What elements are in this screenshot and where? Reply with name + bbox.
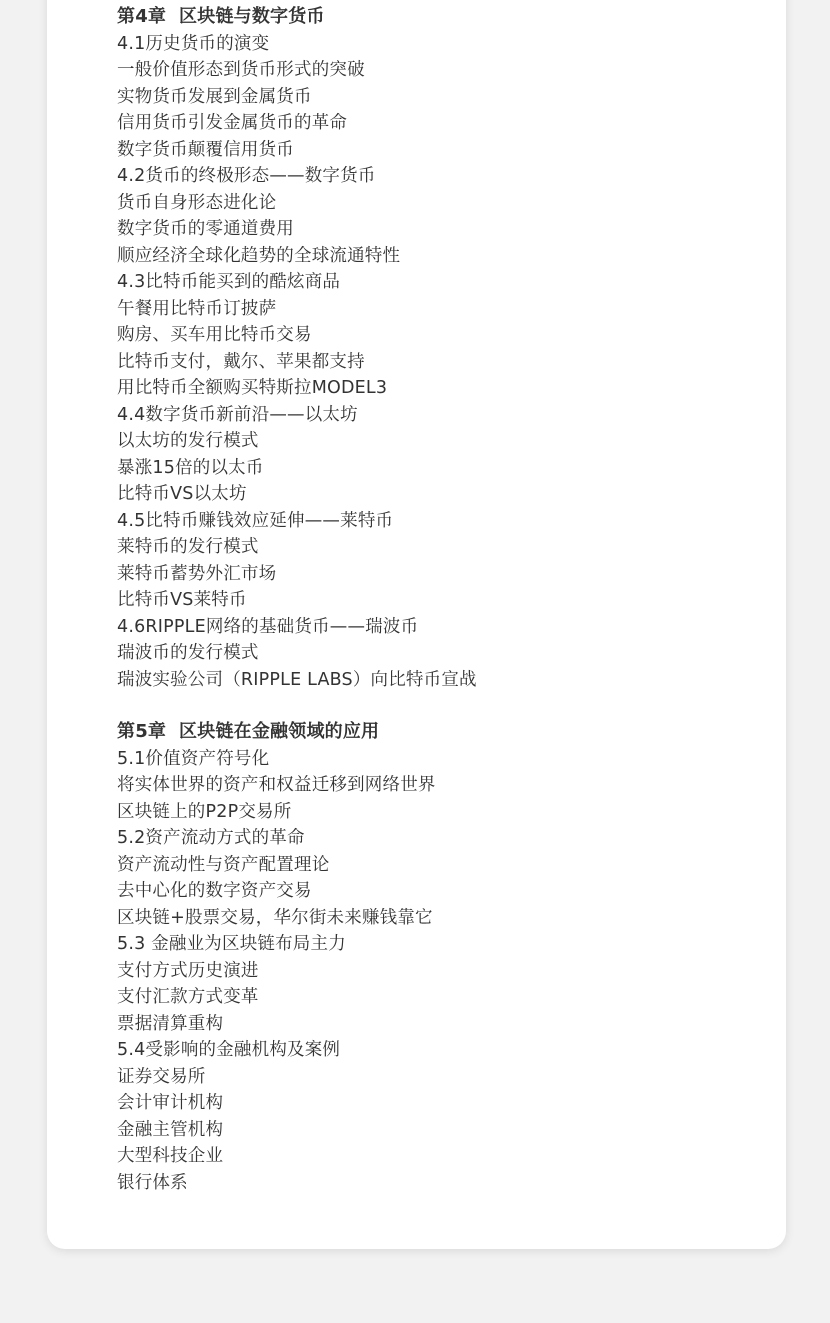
toc-item: 午餐用比特币订披萨 [117,296,746,323]
toc-item: 将实体世界的资产和权益迁移到网络世界 [117,772,746,799]
table-of-contents: 第4章 区块链与数字货币 4.1历史货币的演变 一般价值形态到货币形式的突破 实… [117,4,746,1222]
toc-item: 去中心化的数字资产交易 [117,878,746,905]
toc-item: 支付汇款方式变革 [117,984,746,1011]
toc-item: 4.2货币的终极形态——数字货币 [117,163,746,190]
toc-item: 实物货币发展到金属货币 [117,84,746,111]
toc-item: 4.6RIPPLE网络的基础货币——瑞波币 [117,614,746,641]
chapter-title: 第4章 区块链与数字货币 [117,4,746,31]
toc-item: 比特币VS莱特币 [117,587,746,614]
toc-item: 瑞波实验公司（RIPPLE LABS）向比特币宣战 [117,667,746,694]
chapter-4: 第4章 区块链与数字货币 4.1历史货币的演变 一般价值形态到货币形式的突破 实… [117,4,746,693]
toc-item: 瑞波币的发行模式 [117,640,746,667]
toc-item: 莱特币蓄势外汇市场 [117,561,746,588]
toc-item: 用比特币全额购买特斯拉MODEL3 [117,375,746,402]
toc-card: 第4章 区块链与数字货币 4.1历史货币的演变 一般价值形态到货币形式的突破 实… [47,0,786,1249]
toc-item: 大型科技企业 [117,1143,746,1170]
toc-item: 银行体系 [117,1170,746,1197]
toc-item: 顺应经济全球化趋势的全球流通特性 [117,243,746,270]
toc-item: 区块链+股票交易，华尔街未来赚钱靠它 [117,905,746,932]
toc-item: 金融主管机构 [117,1117,746,1144]
toc-item: 4.5比特币赚钱效应延伸——莱特币 [117,508,746,535]
toc-item: 证券交易所 [117,1064,746,1091]
toc-item: 4.3比特币能买到的酷炫商品 [117,269,746,296]
toc-item: 5.1价值资产符号化 [117,746,746,773]
toc-item: 5.3 金融业为区块链布局主力 [117,931,746,958]
toc-item: 票据清算重构 [117,1011,746,1038]
toc-item: 莱特币的发行模式 [117,534,746,561]
chapter-title: 第5章 区块链在金融领域的应用 [117,719,746,746]
toc-item: 区块链上的P2P交易所 [117,799,746,826]
toc-item: 购房、买车用比特币交易 [117,322,746,349]
toc-item: 暴涨15倍的以太币 [117,455,746,482]
toc-item: 一般价值形态到货币形式的突破 [117,57,746,84]
toc-item: 货币自身形态进化论 [117,190,746,217]
toc-item: 4.1历史货币的演变 [117,31,746,58]
toc-item: 5.2资产流动方式的革命 [117,825,746,852]
toc-item: 比特币支付，戴尔、苹果都支持 [117,349,746,376]
toc-item: 数字货币的零通道费用 [117,216,746,243]
toc-item: 数字货币颠覆信用货币 [117,137,746,164]
toc-item: 5.4受影响的金融机构及案例 [117,1037,746,1064]
toc-item: 会计审计机构 [117,1090,746,1117]
toc-item: 比特币VS以太坊 [117,481,746,508]
toc-item: 4.4数字货币新前沿——以太坊 [117,402,746,429]
toc-item: 资产流动性与资产配置理论 [117,852,746,879]
chapter-5: 第5章 区块链在金融领域的应用 5.1价值资产符号化 将实体世界的资产和权益迁移… [117,719,746,1196]
toc-item: 以太坊的发行模式 [117,428,746,455]
toc-item: 支付方式历史演进 [117,958,746,985]
toc-item: 信用货币引发金属货币的革命 [117,110,746,137]
